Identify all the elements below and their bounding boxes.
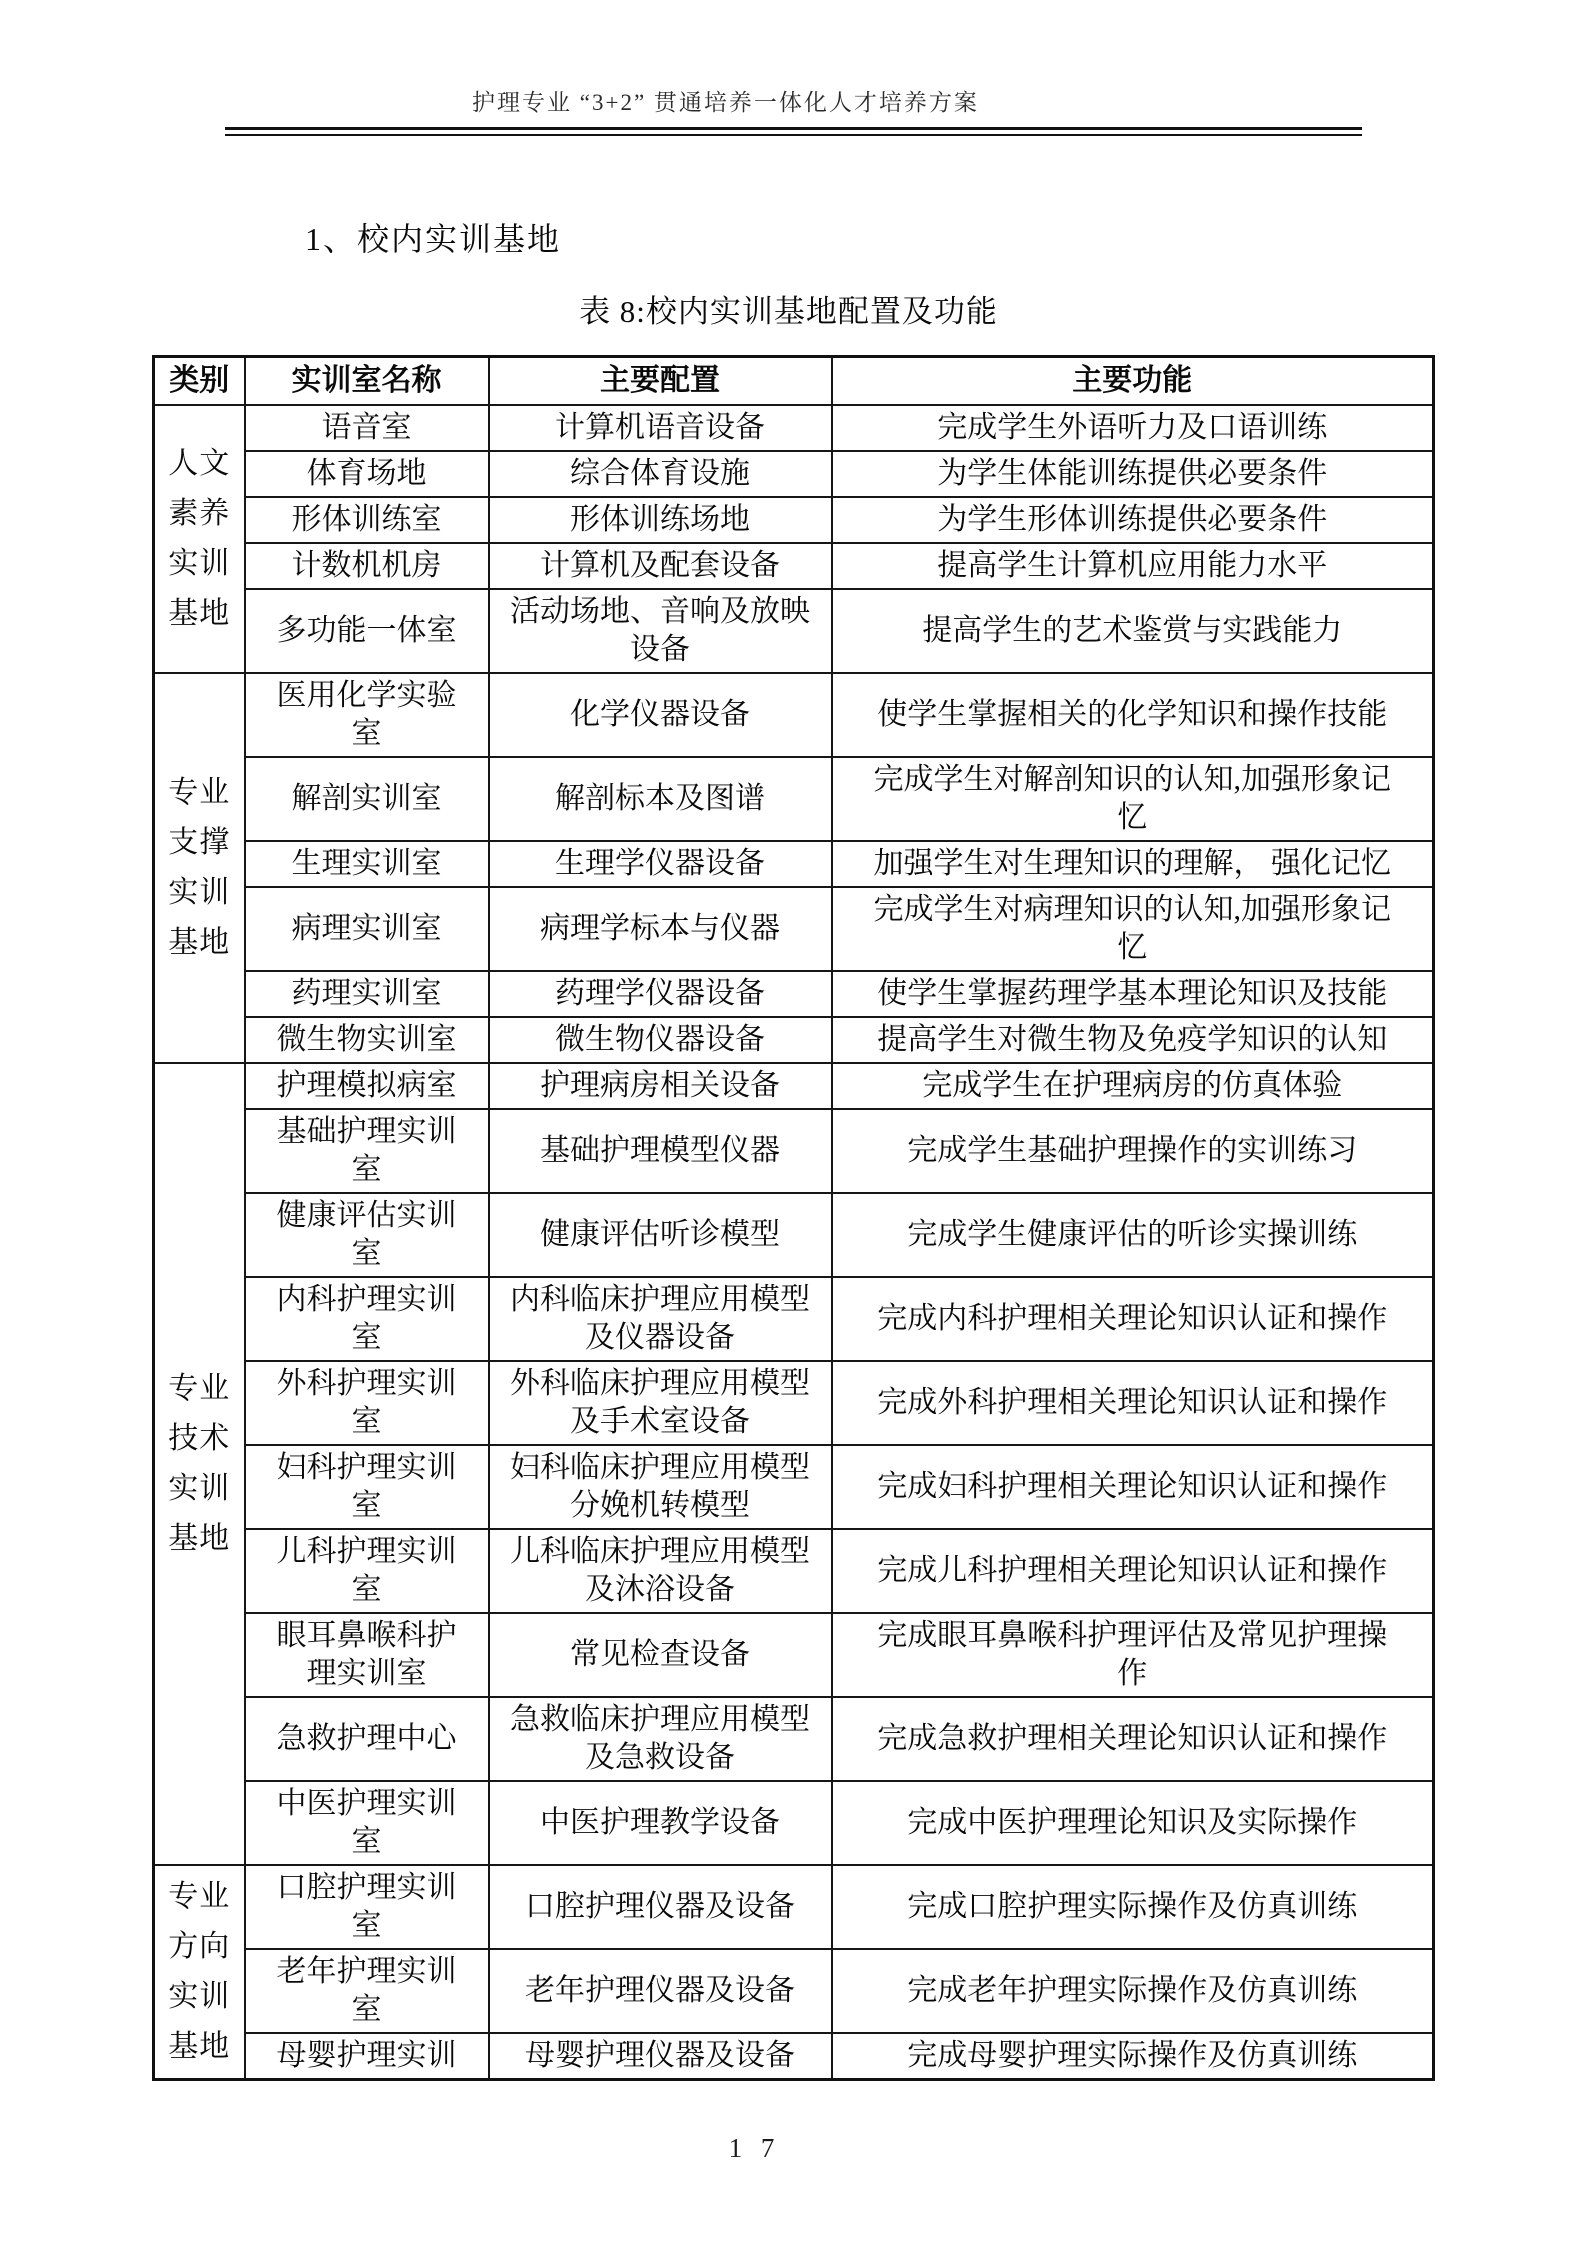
main-function-cell: 完成学生在护理病房的仿真体验 (832, 1063, 1434, 1109)
main-function-cell: 完成妇科护理相关理论知识认证和操作 (832, 1445, 1434, 1529)
table-row: 基础护理实训 室基础护理模型仪器完成学生基础护理操作的实训练习 (154, 1109, 1434, 1193)
section-heading: 1、校内实训基地 (305, 214, 1587, 260)
main-function-cell: 加强学生对生理知识的理解， 强化记忆 (832, 841, 1434, 887)
main-function-cell: 提高学生的艺术鉴赏与实践能力 (832, 589, 1434, 673)
room-name-cell: 多功能一体室 (245, 589, 489, 673)
main-function-cell: 完成母婴护理实际操作及仿真训练 (832, 2033, 1434, 2080)
main-function-cell: 完成老年护理实际操作及仿真训练 (832, 1949, 1434, 2033)
table-title: 表 8:校内实训基地配置及功能 (0, 286, 1587, 331)
main-function-cell: 提高学生计算机应用能力水平 (832, 543, 1434, 589)
table-row: 急救护理中心急救临床护理应用模型 及急救设备完成急救护理相关理论知识认证和操作 (154, 1697, 1434, 1781)
main-config-cell: 妇科临床护理应用模型 分娩机转模型 (489, 1445, 832, 1529)
main-function-cell: 完成学生对病理知识的认知,加强形象记 忆 (832, 887, 1434, 971)
main-config-cell: 儿科临床护理应用模型 及沐浴设备 (489, 1529, 832, 1613)
column-header-main-config: 主要配置 (489, 357, 832, 406)
table-row: 眼耳鼻喉科护 理实训室常见检查设备完成眼耳鼻喉科护理评估及常见护理操 作 (154, 1613, 1434, 1697)
room-name-cell: 急救护理中心 (245, 1697, 489, 1781)
main-config-cell: 计算机及配套设备 (489, 543, 832, 589)
table-row: 健康评估实训 室健康评估听诊模型完成学生健康评估的听诊实操训练 (154, 1193, 1434, 1277)
room-name-cell: 解剖实训室 (245, 757, 489, 841)
room-name-cell: 外科护理实训 室 (245, 1361, 489, 1445)
main-config-cell: 急救临床护理应用模型 及急救设备 (489, 1697, 832, 1781)
main-function-cell: 使学生掌握相关的化学知识和操作技能 (832, 673, 1434, 757)
main-function-cell: 完成口腔护理实际操作及仿真训练 (832, 1865, 1434, 1949)
room-name-cell: 眼耳鼻喉科护 理实训室 (245, 1613, 489, 1697)
header-divider-line (225, 127, 1362, 136)
main-config-cell: 药理学仪器设备 (489, 971, 832, 1017)
main-function-cell: 为学生体能训练提供必要条件 (832, 451, 1434, 497)
table-row: 计数机机房计算机及配套设备提高学生计算机应用能力水平 (154, 543, 1434, 589)
main-config-cell: 老年护理仪器及设备 (489, 1949, 832, 2033)
room-name-cell: 护理模拟病室 (245, 1063, 489, 1109)
main-function-cell: 提高学生对微生物及免疫学知识的认知 (832, 1017, 1434, 1063)
table-row: 外科护理实训 室外科临床护理应用模型 及手术室设备完成外科护理相关理论知识认证和… (154, 1361, 1434, 1445)
main-config-cell: 计算机语音设备 (489, 405, 832, 451)
category-cell: 专业 技术 实训 基地 (154, 1063, 245, 1865)
main-function-cell: 完成中医护理理论知识及实际操作 (832, 1781, 1434, 1865)
table-row: 生理实训室生理学仪器设备加强学生对生理知识的理解， 强化记忆 (154, 841, 1434, 887)
room-name-cell: 药理实训室 (245, 971, 489, 1017)
column-header-category: 类别 (154, 357, 245, 406)
main-function-cell: 完成外科护理相关理论知识认证和操作 (832, 1361, 1434, 1445)
column-header-main-function: 主要功能 (832, 357, 1434, 406)
category-cell: 专业 方向 实训 基地 (154, 1865, 245, 2080)
main-config-cell: 内科临床护理应用模型 及仪器设备 (489, 1277, 832, 1361)
main-config-cell: 活动场地、音响及放映 设备 (489, 589, 832, 673)
table-row: 专业 支撑 实训 基地医用化学实验 室化学仪器设备使学生掌握相关的化学知识和操作… (154, 673, 1434, 757)
table-row: 中医护理实训 室中医护理教学设备完成中医护理理论知识及实际操作 (154, 1781, 1434, 1865)
table-row: 专业 方向 实训 基地口腔护理实训 室口腔护理仪器及设备完成口腔护理实际操作及仿… (154, 1865, 1434, 1949)
main-config-cell: 基础护理模型仪器 (489, 1109, 832, 1193)
main-config-cell: 生理学仪器设备 (489, 841, 832, 887)
training-base-table: 类别 实训室名称 主要配置 主要功能 人文 素养 实训 基地语音室计算机语音设备… (152, 355, 1435, 2081)
main-function-cell: 完成学生健康评估的听诊实操训练 (832, 1193, 1434, 1277)
table-row: 多功能一体室活动场地、音响及放映 设备提高学生的艺术鉴赏与实践能力 (154, 589, 1434, 673)
table-row: 微生物实训室微生物仪器设备提高学生对微生物及免疫学知识的认知 (154, 1017, 1434, 1063)
main-config-cell: 母婴护理仪器及设备 (489, 2033, 832, 2080)
main-function-cell: 使学生掌握药理学基本理论知识及技能 (832, 971, 1434, 1017)
column-header-room-name: 实训室名称 (245, 357, 489, 406)
main-config-cell: 口腔护理仪器及设备 (489, 1865, 832, 1949)
category-cell: 人文 素养 实训 基地 (154, 405, 245, 673)
room-name-cell: 病理实训室 (245, 887, 489, 971)
room-name-cell: 健康评估实训 室 (245, 1193, 489, 1277)
main-function-cell: 完成内科护理相关理论知识认证和操作 (832, 1277, 1434, 1361)
table-header-row: 类别 实训室名称 主要配置 主要功能 (154, 357, 1434, 406)
room-name-cell: 计数机机房 (245, 543, 489, 589)
table-row: 老年护理实训 室老年护理仪器及设备完成老年护理实际操作及仿真训练 (154, 1949, 1434, 2033)
table-body: 人文 素养 实训 基地语音室计算机语音设备完成学生外语听力及口语训练体育场地综合… (154, 405, 1434, 2080)
main-config-cell: 外科临床护理应用模型 及手术室设备 (489, 1361, 832, 1445)
table-row: 解剖实训室解剖标本及图谱完成学生对解剖知识的认知,加强形象记 忆 (154, 757, 1434, 841)
page-number: 1 7 (0, 2133, 1587, 2164)
main-function-cell: 完成学生对解剖知识的认知,加强形象记 忆 (832, 757, 1434, 841)
category-cell: 专业 支撑 实训 基地 (154, 673, 245, 1063)
main-config-cell: 微生物仪器设备 (489, 1017, 832, 1063)
table-row: 形体训练室形体训练场地为学生形体训练提供必要条件 (154, 497, 1434, 543)
main-config-cell: 中医护理教学设备 (489, 1781, 832, 1865)
table-row: 药理实训室药理学仪器设备使学生掌握药理学基本理论知识及技能 (154, 971, 1434, 1017)
room-name-cell: 老年护理实训 室 (245, 1949, 489, 2033)
room-name-cell: 妇科护理实训 室 (245, 1445, 489, 1529)
room-name-cell: 生理实训室 (245, 841, 489, 887)
main-function-cell: 完成儿科护理相关理论知识认证和操作 (832, 1529, 1434, 1613)
main-config-cell: 综合体育设施 (489, 451, 832, 497)
table-row: 人文 素养 实训 基地语音室计算机语音设备完成学生外语听力及口语训练 (154, 405, 1434, 451)
room-name-cell: 语音室 (245, 405, 489, 451)
table-row: 儿科护理实训 室儿科临床护理应用模型 及沐浴设备完成儿科护理相关理论知识认证和操… (154, 1529, 1434, 1613)
room-name-cell: 医用化学实验 室 (245, 673, 489, 757)
table-row: 母婴护理实训母婴护理仪器及设备完成母婴护理实际操作及仿真训练 (154, 2033, 1434, 2080)
main-function-cell: 完成急救护理相关理论知识认证和操作 (832, 1697, 1434, 1781)
running-header: 护理专业 “3+2” 贯通培养一体化人才培养方案 (0, 0, 1587, 117)
room-name-cell: 形体训练室 (245, 497, 489, 543)
room-name-cell: 中医护理实训 室 (245, 1781, 489, 1865)
room-name-cell: 内科护理实训 室 (245, 1277, 489, 1361)
table-row: 专业 技术 实训 基地护理模拟病室护理病房相关设备完成学生在护理病房的仿真体验 (154, 1063, 1434, 1109)
table-row: 妇科护理实训 室妇科临床护理应用模型 分娩机转模型完成妇科护理相关理论知识认证和… (154, 1445, 1434, 1529)
main-config-cell: 常见检查设备 (489, 1613, 832, 1697)
room-name-cell: 儿科护理实训 室 (245, 1529, 489, 1613)
main-config-cell: 解剖标本及图谱 (489, 757, 832, 841)
main-config-cell: 病理学标本与仪器 (489, 887, 832, 971)
main-function-cell: 完成学生外语听力及口语训练 (832, 405, 1434, 451)
main-config-cell: 护理病房相关设备 (489, 1063, 832, 1109)
room-name-cell: 基础护理实训 室 (245, 1109, 489, 1193)
main-config-cell: 健康评估听诊模型 (489, 1193, 832, 1277)
main-function-cell: 完成学生基础护理操作的实训练习 (832, 1109, 1434, 1193)
room-name-cell: 微生物实训室 (245, 1017, 489, 1063)
main-config-cell: 化学仪器设备 (489, 673, 832, 757)
table-row: 体育场地综合体育设施为学生体能训练提供必要条件 (154, 451, 1434, 497)
main-function-cell: 为学生形体训练提供必要条件 (832, 497, 1434, 543)
room-name-cell: 口腔护理实训 室 (245, 1865, 489, 1949)
table-row: 病理实训室病理学标本与仪器完成学生对病理知识的认知,加强形象记 忆 (154, 887, 1434, 971)
main-config-cell: 形体训练场地 (489, 497, 832, 543)
table-row: 内科护理实训 室内科临床护理应用模型 及仪器设备完成内科护理相关理论知识认证和操… (154, 1277, 1434, 1361)
room-name-cell: 体育场地 (245, 451, 489, 497)
main-function-cell: 完成眼耳鼻喉科护理评估及常见护理操 作 (832, 1613, 1434, 1697)
room-name-cell: 母婴护理实训 (245, 2033, 489, 2080)
